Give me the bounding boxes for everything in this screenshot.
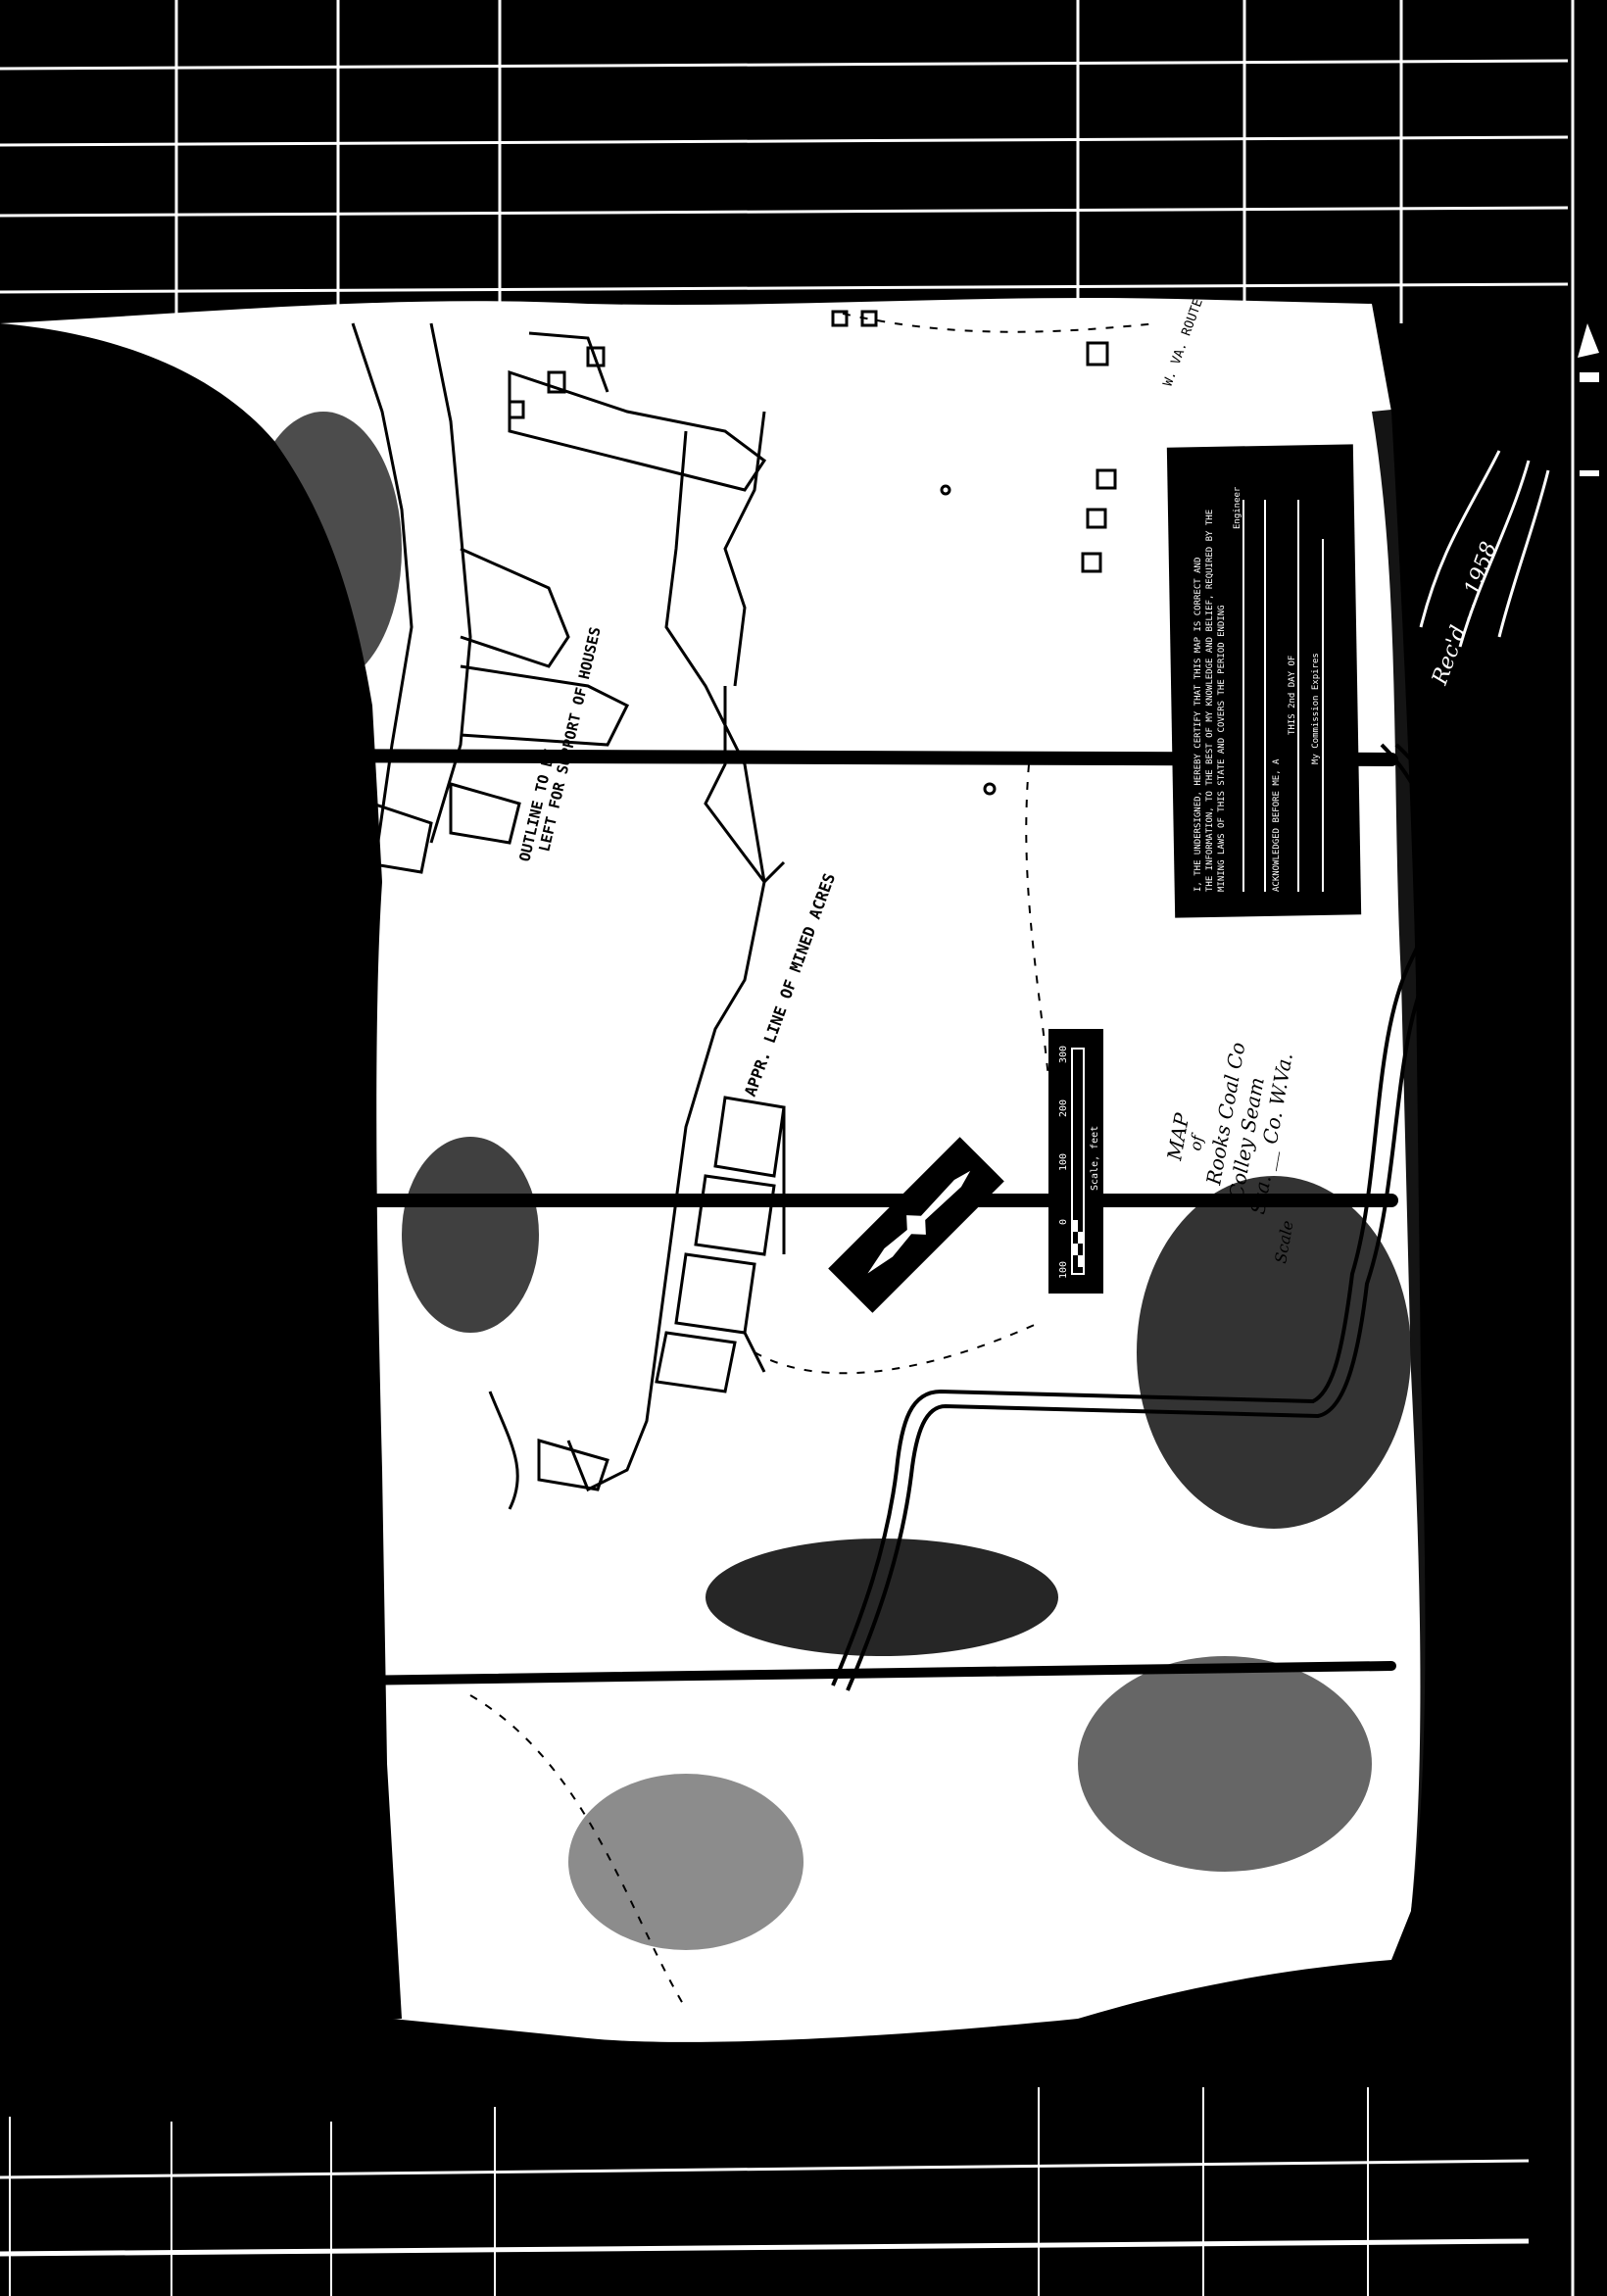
svg-text:I, THE UNDERSIGNED, HEREBY CER: I, THE UNDERSIGNED, HEREBY CERTIFY THAT … <box>1193 558 1203 892</box>
svg-text:300: 300 <box>1058 1046 1069 1063</box>
svg-text:Scale, feet: Scale, feet <box>1090 1126 1100 1191</box>
scanned-map: W. VA. ROUTE APPR. LINE OF MINED ACRES O… <box>0 0 1607 2296</box>
svg-text:Engineer: Engineer <box>1233 486 1242 529</box>
svg-text:THE INFORMATION, TO THE BEST O: THE INFORMATION, TO THE BEST OF MY KNOWL… <box>1205 510 1215 892</box>
svg-text:100: 100 <box>1058 1153 1069 1171</box>
svg-text:ACKNOWLEDGED BEFORE ME, A: ACKNOWLEDGED BEFORE ME, A <box>1272 758 1282 892</box>
svg-text:My Commission Expires: My Commission Expires <box>1311 653 1321 764</box>
svg-text:200: 200 <box>1058 1099 1069 1117</box>
svg-text:MINING LAWS OF THIS STATE AND: MINING LAWS OF THIS STATE AND COVERS THE… <box>1217 605 1227 892</box>
svg-text:100: 100 <box>1058 1261 1069 1279</box>
scale-bar: 100 0 100 200 300 Scale, feet <box>1048 1029 1103 1294</box>
certificate-block: I, THE UNDERSIGNED, HEREBY CERTIFY THAT … <box>1167 444 1361 917</box>
svg-text:0: 0 <box>1058 1219 1069 1225</box>
svg-text:THIS 2nd DAY OF: THIS 2nd DAY OF <box>1288 656 1297 735</box>
